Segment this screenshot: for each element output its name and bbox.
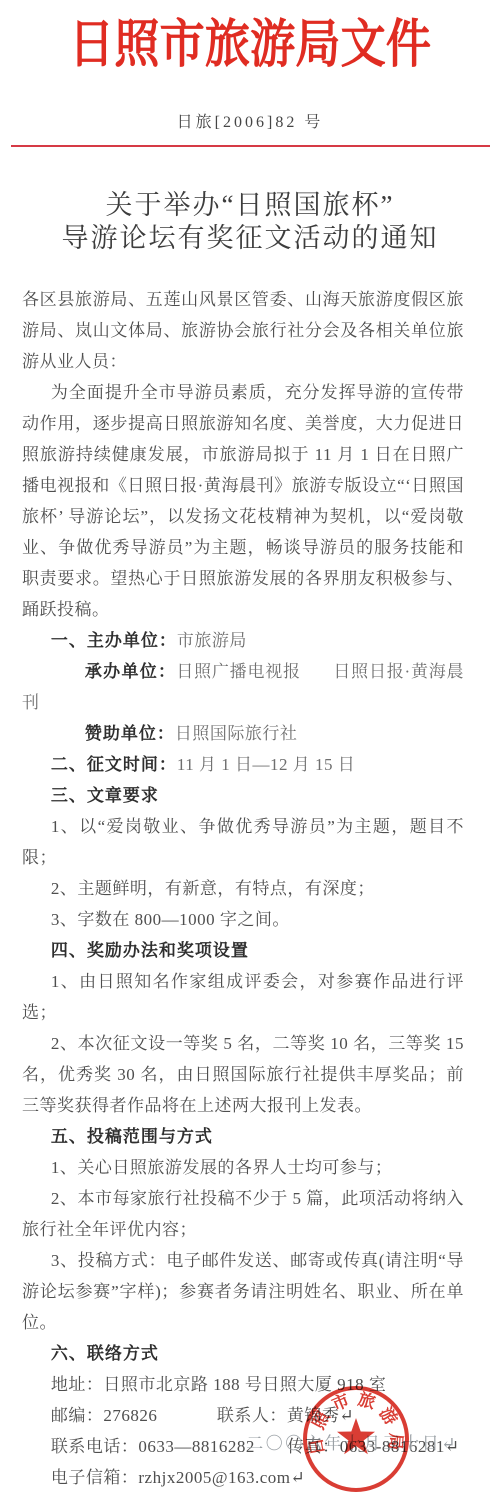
- document-number: 日旅[2006]82 号: [0, 109, 500, 132]
- letterhead-title: 日照市旅游局文件: [33, 0, 468, 78]
- postcode-value: 276826: [103, 1406, 157, 1425]
- section-3-heading: 三、文章要求: [22, 780, 464, 811]
- sponsor-line: 赞助单位：日照国际旅行社: [22, 718, 464, 749]
- email-label: 电子信箱：: [51, 1468, 139, 1487]
- title-line-1: 关于举办“日照国旅杯”: [106, 190, 395, 220]
- section-4-label: 四、奖励办法和奖项设置: [51, 941, 249, 960]
- section-2-label: 二、征文时间：: [51, 755, 177, 774]
- document-title: 关于举办“日照国旅杯”导游论坛有奖征文活动的通知: [0, 189, 500, 255]
- salutation: 各区县旅游局、五莲山风景区管委、山海天旅游度假区旅游局、岚山文体局、旅游协会旅行…: [22, 284, 464, 377]
- phone-value: 0633—8816282: [138, 1437, 255, 1456]
- section-4-item-1: 1、由日照知名作家组成评委会，对参赛作品进行评选；: [22, 966, 464, 1028]
- section-3-item-1: 1、以“爱岗敬业、争做优秀导游员”为主题，题目不限；: [22, 811, 464, 873]
- document-page: 日照市旅游局文件 日旅[2006]82 号 关于举办“日照国旅杯”导游论坛有奖征…: [0, 0, 500, 1498]
- section-6-label: 六、联络方式: [51, 1344, 159, 1363]
- section-4-heading: 四、奖励办法和奖项设置: [22, 935, 464, 966]
- sponsor-value: 日照国际旅行社: [175, 724, 298, 743]
- contact-label: 联系人：: [217, 1406, 287, 1425]
- submission-period-value: 11 月 1 日—12 月 15 日: [177, 755, 355, 774]
- host-label: 承办单位：: [85, 662, 176, 681]
- title-line-2: 导游论坛有奖征文活动的通知: [62, 223, 439, 253]
- phone-label: 联系电话：: [51, 1437, 139, 1456]
- address-label: 地址：: [51, 1375, 104, 1394]
- official-seal: 日照市旅游局: [301, 1384, 411, 1494]
- host-value-1: 日照广播电视报: [176, 662, 300, 681]
- host-line: 承办单位：日照广播电视报日照日报·黄海晨刊: [22, 656, 464, 718]
- section-5-label: 五、投稿范围与方式: [51, 1127, 213, 1146]
- section-3-item-2: 2、主题鲜明，有新意，有特点，有深度；: [22, 873, 464, 904]
- sponsor-label: 赞助单位：: [85, 724, 175, 743]
- section-5-heading: 五、投稿范围与方式: [22, 1121, 464, 1152]
- header-divider-line: [11, 145, 490, 147]
- section-4-item-2: 2、本次征文设一等奖 5 名，二等奖 10 名，三等奖 15 名，优秀奖 30 …: [22, 1028, 464, 1121]
- seal-star-icon: [337, 1418, 375, 1454]
- document-body: 各区县旅游局、五莲山风景区管委、山海天旅游度假区旅游局、岚山文体局、旅游协会旅行…: [0, 284, 500, 1493]
- organizer-value: 市旅游局: [177, 631, 247, 650]
- section-5-item-1: 1、关心日照旅游发展的各界人士均可参与；: [22, 1152, 464, 1183]
- postcode-label: 邮编：: [51, 1406, 104, 1425]
- section-6-heading: 六、联络方式: [22, 1338, 464, 1369]
- email-value: rzhjx2005@163.com↵: [138, 1468, 305, 1487]
- section-2-heading: 二、征文时间：11 月 1 日—12 月 15 日: [22, 749, 464, 780]
- section-1-heading: 一、主办单位：市旅游局: [22, 625, 464, 656]
- section-5-item-2: 2、本市每家旅行社投稿不少于 5 篇，此项活动将纳入旅行社全年评优内容；: [22, 1183, 464, 1245]
- section-3-item-3: 3、字数在 800—1000 字之间。: [22, 904, 464, 935]
- intro-paragraph: 为全面提升全市导游员素质，充分发挥导游的宣传带动作用，逐步提高日照旅游知名度、美…: [22, 377, 464, 625]
- section-1-label: 一、主办单位：: [51, 631, 177, 650]
- section-5-item-3: 3、投稿方式：电子邮件发送、邮寄或传真(请注明“导游论坛参赛”字样)；参赛者务请…: [22, 1245, 464, 1338]
- section-3-label: 三、文章要求: [51, 786, 159, 805]
